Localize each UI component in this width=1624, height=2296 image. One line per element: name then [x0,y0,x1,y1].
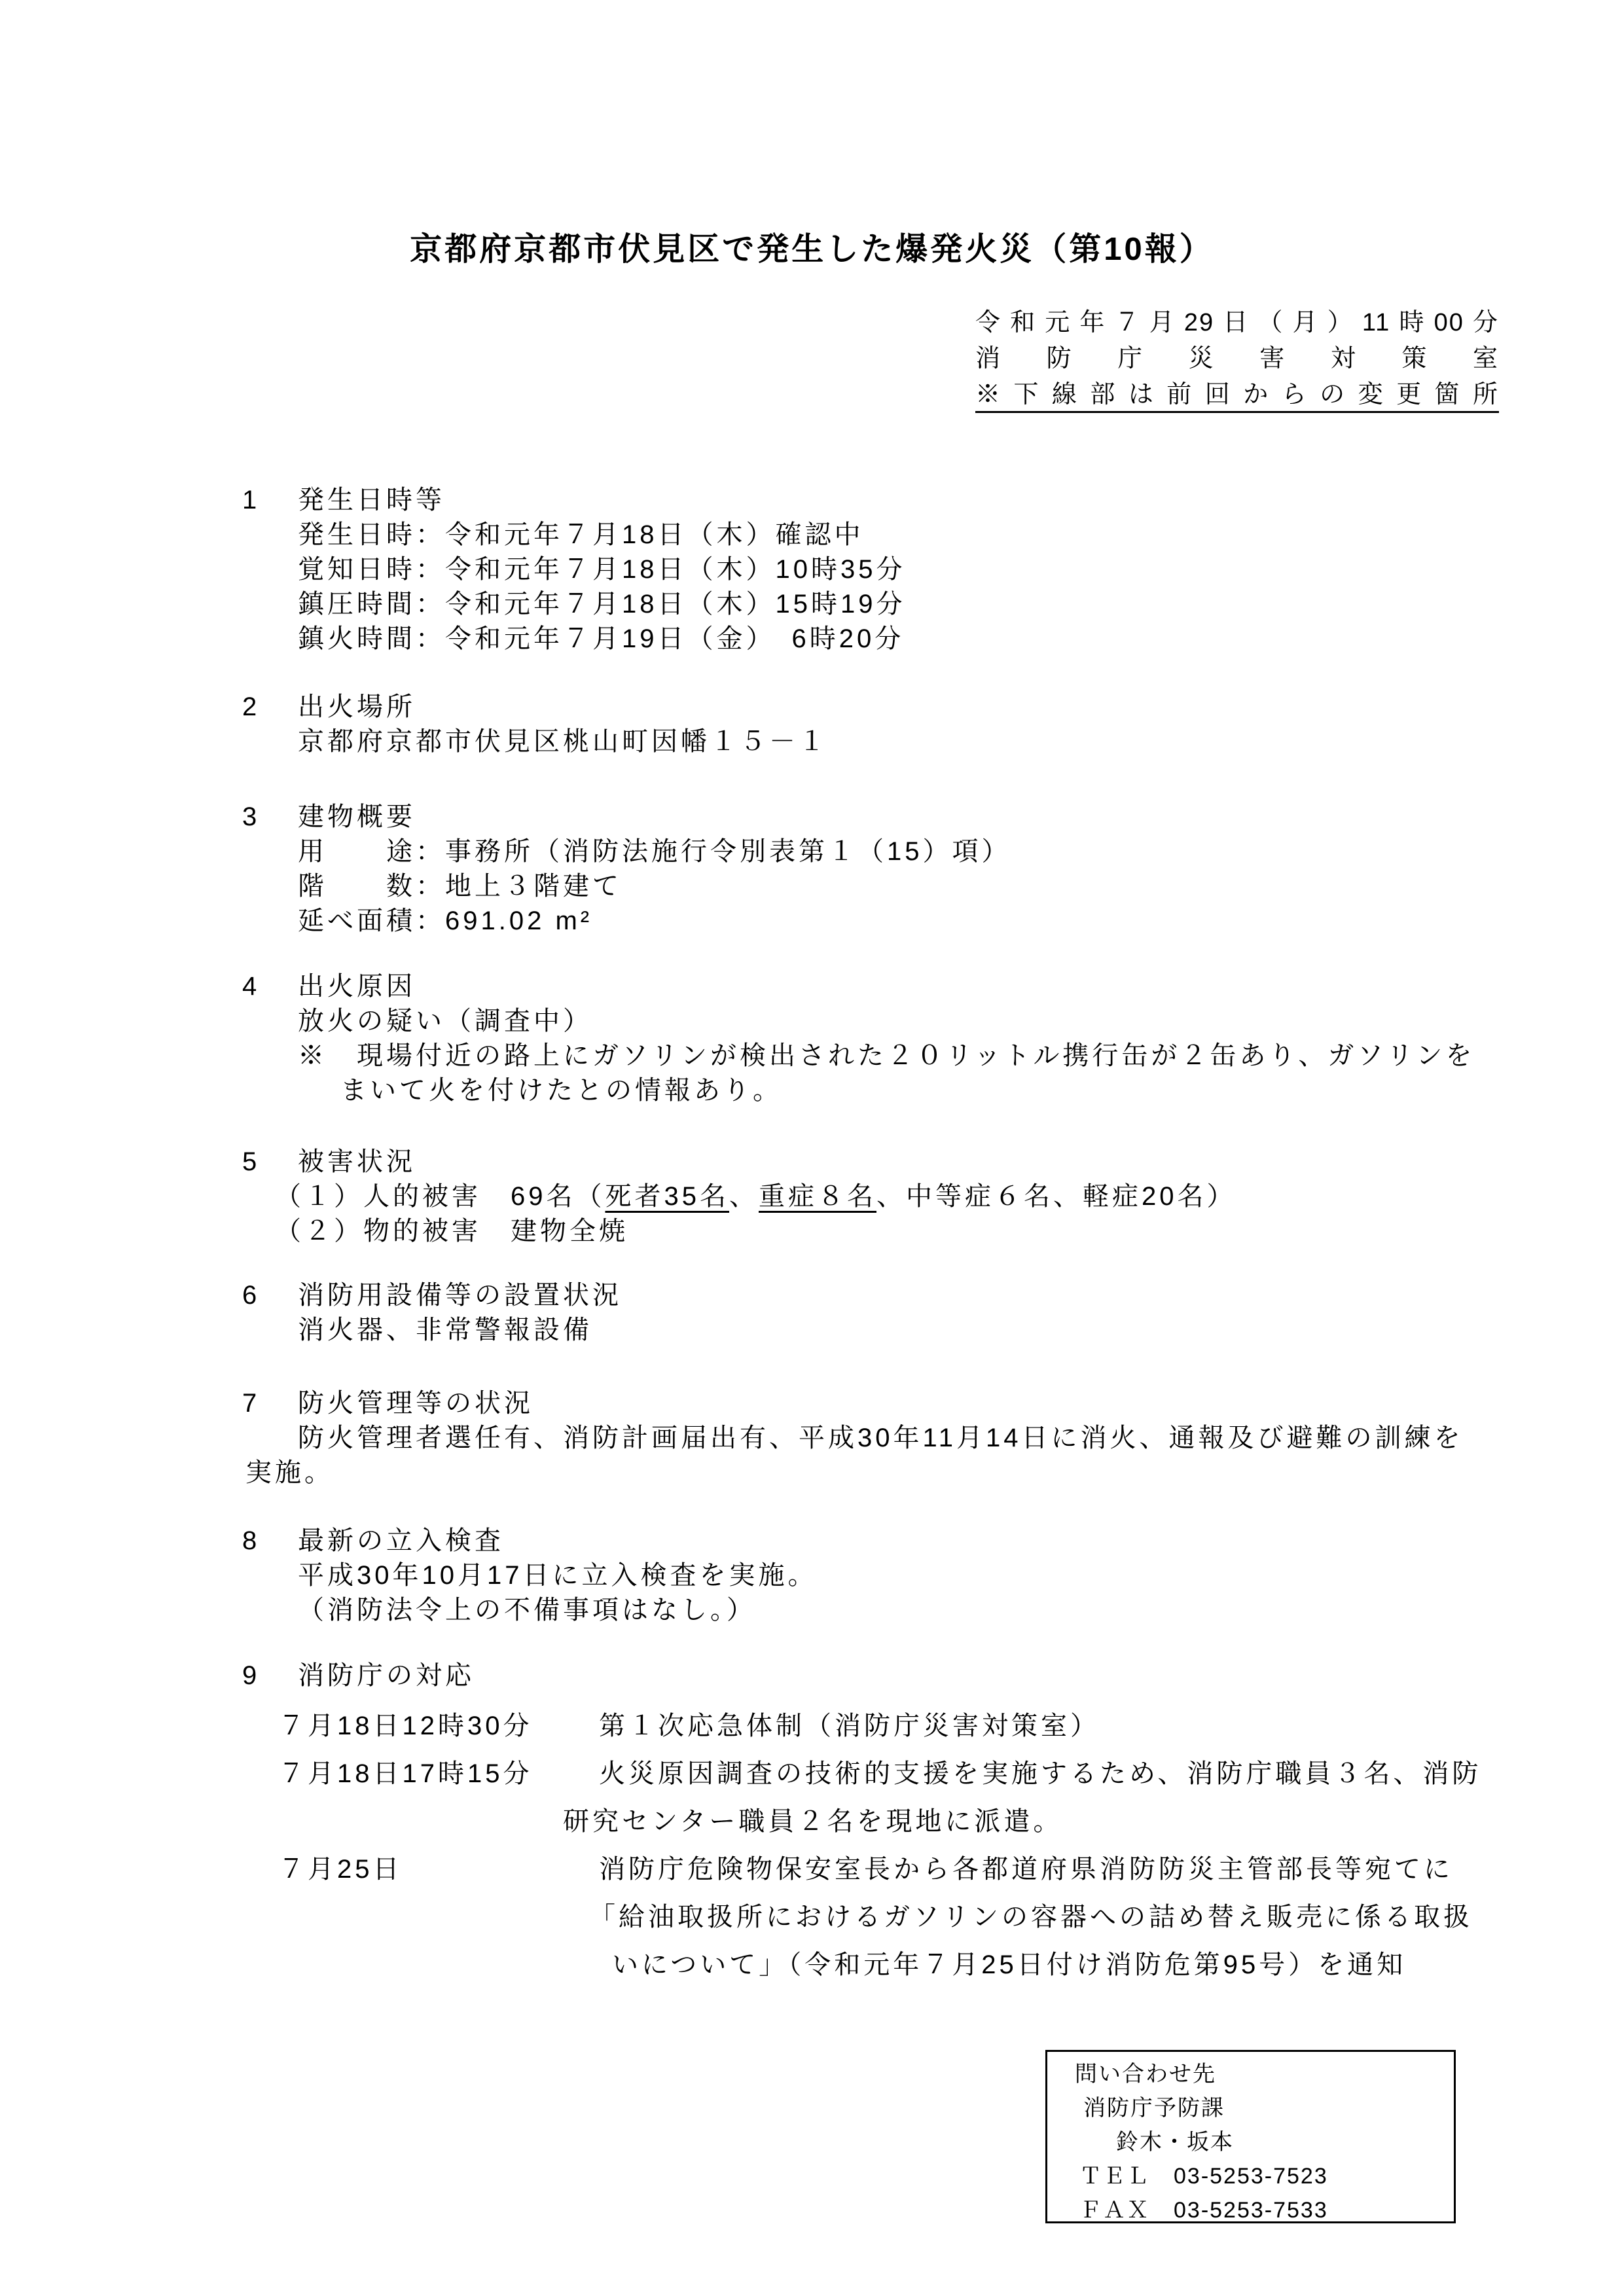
section-heading: 5 被害状況 [242,1145,1473,1179]
extinguish-time-line: 鎮火時間：令和元年７月19日（金） 6時20分 [298,622,1473,656]
section-title: 被害状況 [298,1145,416,1179]
section-heading: 4 出火原因 [242,969,1473,1004]
document-title: 京都府京都市伏見区で発生した爆発火災（第10報） [0,230,1624,268]
section-heading: 8 最新の立入検査 [242,1524,1473,1558]
severe-count-underlined: 重症８名 [759,1182,876,1211]
management-line-2: 実施。 [245,1456,1473,1490]
property-damage-line: （２）物的被害 建物全焼 [275,1214,1473,1249]
building-area-line: 延べ面積：691.02 m² [298,904,1473,939]
section-fire-cause: 4 出火原因 放火の疑い（調査中） ※ 現場付近の路上にガソリンが検出された２０… [242,969,1473,1108]
section-number: 2 [242,690,298,725]
section-title: 出火場所 [298,690,416,725]
address-line: 京都府京都市伏見区桃山町因幡１５－１ [298,725,1473,759]
contact-info-box: 問い合わせ先 消防庁予防課 鈴木・坂本 ＴＥＬ 03-5253-7523 ＦＡＸ… [1045,2050,1456,2223]
section-title: 建物概要 [298,800,416,834]
section-fdma-response: 9 消防庁の対応 ７月18日12時30分 第１次応急体制（消防庁災害対策室） ７… [242,1659,1473,1989]
entry-description-continuation: 「給油取扱所におけるガソリンの容器への詰め替え販売に係る取扱 [589,1893,1473,1941]
report-datetime: 令和元年７月29日（月）11時00分 [975,305,1499,341]
human-damage-line: （１）人的被害 69名（死者35名、重症８名、中等症６名、軽症20名） [275,1179,1473,1214]
section-heading: 1 発生日時等 [242,483,1473,518]
section-title: 出火原因 [298,969,416,1004]
section-number: 7 [242,1386,298,1421]
document-header: 令和元年７月29日（月）11時00分 消防庁災害対策室 ※下線部は前回からの変更… [975,305,1499,413]
section-heading: 9 消防庁の対応 [242,1659,1473,1693]
issuing-organization: 消防庁災害対策室 [975,341,1499,377]
section-number: 5 [242,1145,298,1179]
section-title: 最新の立入検査 [298,1524,504,1558]
section-number: 3 [242,800,298,834]
building-floors-line: 階 数：地上３階建て [298,869,1473,904]
section-number: 8 [242,1524,298,1558]
timeline-entry: ７月25日 消防庁危険物保安室長から各都道府県消防防災主管部長等宛てに [278,1846,1473,1893]
section-fire-location: 2 出火場所 京都府京都市伏見区桃山町因幡１５－１ [242,690,1473,759]
entry-time: ７月18日12時30分 [278,1702,599,1750]
contact-heading: 問い合わせ先 [1047,2057,1454,2091]
suppression-time-line: 鎮圧時間：令和元年７月18日（木）15時19分 [298,587,1473,622]
contact-tel: ＴＥＬ 03-5253-7523 [1047,2159,1454,2193]
section-fire-equipment: 6 消防用設備等の設置状況 消火器、非常警報設備 [242,1278,1473,1348]
section-title: 消防庁の対応 [298,1659,475,1693]
entry-description-continuation: いについて」（令和元年７月25日付け消防危第95号）を通知 [612,1941,1473,1989]
entry-description: 第１次応急体制（消防庁災害対策室） [599,1702,1473,1750]
equipment-line: 消火器、非常警報設備 [298,1313,1473,1348]
underline-note: ※下線部は前回からの変更箇所 [975,377,1499,413]
section-heading: 2 出火場所 [242,690,1473,725]
arson-suspicion-line: 放火の疑い（調査中） [298,1004,1473,1039]
occurrence-time-line: 発生日時：令和元年７月18日（木）確認中 [298,518,1473,552]
gasoline-note-line-2: まいて火を付けたとの情報あり。 [340,1073,1473,1108]
inspection-result-line: （消防法令上の不備事項はなし。） [298,1593,1473,1628]
timeline-entry: ７月18日17時15分 火災原因調査の技術的支援を実施するため、消防庁職員３名、… [278,1750,1473,1798]
entry-time: ７月18日17時15分 [278,1750,599,1798]
section-latest-inspection: 8 最新の立入検査 平成30年10月17日に立入検査を実施。 （消防法令上の不備… [242,1524,1473,1628]
human-damage-suffix: 、中等症６名、軽症20名） [876,1182,1236,1211]
section-title: 発生日時等 [298,483,445,518]
section-title: 消防用設備等の設置状況 [298,1278,622,1313]
section-fire-management: 7 防火管理等の状況 防火管理者選任有、消防計画届出有、平成30年11月14日に… [242,1386,1473,1490]
section-damage-status: 5 被害状況 （１）人的被害 69名（死者35名、重症８名、中等症６名、軽症20… [242,1145,1473,1249]
section-building-outline: 3 建物概要 用 途：事務所（消防法施行令別表第１（15）項） 階 数：地上３階… [242,800,1473,939]
section-heading: 6 消防用設備等の設置状況 [242,1278,1473,1313]
section-title: 防火管理等の状況 [298,1386,533,1421]
section-number: 6 [242,1278,298,1313]
human-damage-prefix: （１）人的被害 69名（ [275,1182,605,1211]
section-heading: 3 建物概要 [242,800,1473,834]
contact-fax: ＦＡＸ 03-5253-7533 [1047,2193,1454,2227]
section-heading: 7 防火管理等の状況 [242,1386,1473,1421]
section-number: 1 [242,483,298,518]
entry-time: ７月25日 [278,1846,599,1893]
section-occurrence-datetime: 1 発生日時等 発生日時：令和元年７月18日（木）確認中 覚知日時：令和元年７月… [242,483,1473,656]
contact-persons: 鈴木・坂本 [1047,2125,1454,2159]
deaths-count-underlined: 死者35名 [605,1182,730,1211]
document-page: 京都府京都市伏見区で発生した爆発火災（第10報） 令和元年７月29日（月）11時… [0,0,1624,2296]
contact-division: 消防庁予防課 [1047,2091,1454,2125]
section-number: 4 [242,969,298,1004]
section-number: 9 [242,1659,298,1693]
timeline-entry: ７月18日12時30分 第１次応急体制（消防庁災害対策室） [278,1702,1473,1750]
entry-description: 火災原因調査の技術的支援を実施するため、消防庁職員３名、消防 [599,1750,1481,1798]
human-damage-separator: 、 [729,1182,759,1211]
building-use-line: 用 途：事務所（消防法施行令別表第１（15）項） [298,834,1473,869]
response-timeline: ７月18日12時30分 第１次応急体制（消防庁災害対策室） ７月18日17時15… [278,1702,1473,1989]
gasoline-note-line-1: ※ 現場付近の路上にガソリンが検出された２０リットル携行缶が２缶あり、ガソリンを [298,1039,1473,1073]
management-line-1: 防火管理者選任有、消防計画届出有、平成30年11月14日に消火、通報及び避難の訓… [298,1421,1473,1456]
entry-description: 消防庁危険物保安室長から各都道府県消防防災主管部長等宛てに [599,1846,1473,1893]
entry-description-continuation: 研究センター職員２名を現地に派遣。 [563,1798,1473,1846]
awareness-time-line: 覚知日時：令和元年７月18日（木）10時35分 [298,552,1473,587]
inspection-date-line: 平成30年10月17日に立入検査を実施。 [298,1558,1473,1593]
